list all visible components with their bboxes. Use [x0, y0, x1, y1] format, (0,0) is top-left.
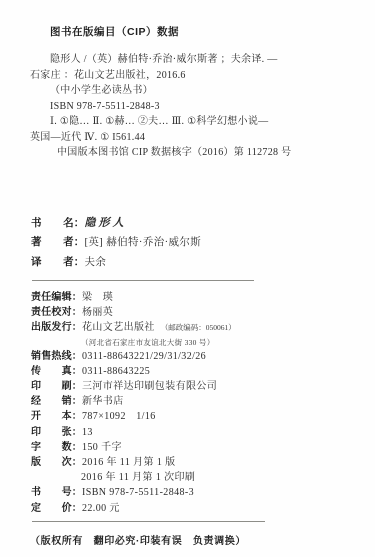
cip-heading: 图书在版编目（CIP）数据 [30, 24, 357, 39]
copyright-page: 图书在版编目（CIP）数据 隐形人 /（英）赫伯特·乔治·威尔斯著 ；夫余译. … [0, 0, 375, 557]
publication-row: 印 刷：三河市祥达印刷包装有限公司 [31, 379, 375, 394]
publication-row: 书 号：ISBN 978-7-5511-2848-3 [31, 485, 375, 500]
field-value: 三河市祥达印刷包装有限公司 [82, 381, 217, 392]
field-value: [英] 赫伯特·乔治·威尔斯 [85, 237, 202, 248]
publication-row: 出版发行：花山文艺出版社（邮政编码：050061） （河北省石家庄市友谊北大街 … [31, 320, 375, 348]
book-info-row: 译 者：夫余 [31, 253, 375, 273]
field-value: 150 千字 [82, 442, 122, 453]
field-label: 印 张： [31, 427, 82, 438]
publication-row: 版 次：2016 年 11 月第 1 版 2016 年 11 月第 1 次印刷 [31, 455, 375, 485]
publication-row: 字 数：150 千字 [31, 440, 375, 455]
field-label: 定 价： [31, 503, 82, 514]
field-value: 787×1092 1/16 [82, 411, 156, 422]
publication-row: 经 销：新华书店 [31, 394, 375, 409]
divider-bottom [32, 521, 265, 522]
field-value: 新华书店 [82, 396, 124, 407]
postal-code-note: （邮政编码：050061） [161, 323, 236, 332]
publication-row: 传 真：0311-88643225 [31, 364, 375, 379]
field-value-second-line: 2016 年 11 月第 1 次印刷 [31, 470, 375, 485]
field-value: 梁 瑛 [82, 292, 113, 303]
field-label: 译 者： [31, 256, 85, 268]
publisher-address: （河北省石家庄市友谊北大街 330 号） [31, 336, 375, 349]
cip-line: ISBN 978-7-5511-2848-3 [30, 99, 357, 115]
publication-info-block: 责任编辑：梁 瑛 责任校对：杨丽英 出版发行：花山文艺出版社（邮政编码：0500… [31, 290, 375, 516]
cip-line: 中国版本图书馆 CIP 数据核字（2016）第 112728 号 [30, 145, 357, 161]
field-value: 0311-88643221/29/31/32/26 [82, 351, 206, 362]
cip-lines: 隐形人 /（英）赫伯特·乔治·威尔斯著 ；夫余译. — 石家庄 ：花山文艺出版社… [30, 52, 357, 161]
field-value: 夫余 [85, 257, 107, 268]
cip-block: 图书在版编目（CIP）数据 隐形人 /（英）赫伯特·乔治·威尔斯著 ；夫余译. … [30, 24, 357, 161]
field-label: 传 真： [31, 366, 82, 377]
field-label: 书 号： [31, 487, 82, 498]
cip-line: 石家庄 ：花山文艺出版社，2016.6 [30, 68, 357, 84]
field-value: 13 [82, 427, 93, 438]
field-label: 著 者： [31, 236, 85, 248]
cip-line: Ⅰ. ①隐… Ⅱ. ①赫… ②夫… Ⅲ. ①科学幻想小说— [30, 114, 357, 130]
publication-row: 责任校对：杨丽英 [31, 305, 375, 320]
publication-row: 定 价：22.00 元 [31, 501, 375, 516]
field-value: 22.00 元 [82, 503, 120, 514]
publication-row: 印 张：13 [31, 425, 375, 440]
field-label: 出版发行： [31, 322, 82, 333]
field-value: 0311-88643225 [82, 366, 150, 377]
publication-row: 开 本：787×1092 1/16 [31, 409, 375, 424]
field-value: ISBN 978-7-5511-2848-3 [82, 487, 194, 498]
copyright-notice: （版权所有 翻印必究·印装有误 负责调换） [30, 532, 375, 547]
book-info-row: 书 名：隐形人 [31, 214, 375, 234]
field-value: 杨丽英 [82, 307, 113, 318]
book-info-row: 著 者：[英] 赫伯特·乔治·威尔斯 [31, 233, 375, 253]
field-label: 印 刷： [31, 381, 82, 392]
field-value: 花山文艺出版社 [82, 322, 155, 333]
book-info-block: 书 名：隐形人 著 者：[英] 赫伯特·乔治·威尔斯 译 者：夫余 [31, 214, 375, 273]
publication-row: 销售热线：0311-88643221/29/31/32/26 [31, 349, 375, 364]
field-value: 2016 年 11 月第 1 版 [82, 457, 176, 468]
cip-line: （中小学生必读丛书） [30, 83, 357, 99]
field-label: 责任校对： [31, 307, 82, 318]
publication-row: 责任编辑：梁 瑛 [31, 290, 375, 305]
cip-line: 隐形人 /（英）赫伯特·乔治·威尔斯著 ；夫余译. — [30, 52, 357, 68]
field-label: 销售热线： [31, 351, 82, 362]
field-label: 字 数： [31, 442, 82, 453]
field-label: 责任编辑： [31, 292, 82, 303]
cip-line: 英国—近代 Ⅳ. ① I561.44 [30, 130, 357, 146]
field-label: 开 本： [31, 411, 82, 422]
field-label: 版 次： [31, 457, 82, 468]
field-label: 书 名： [31, 217, 85, 229]
divider-top [32, 280, 254, 281]
field-value: 隐形人 [85, 217, 127, 229]
field-label: 经 销： [31, 396, 82, 407]
